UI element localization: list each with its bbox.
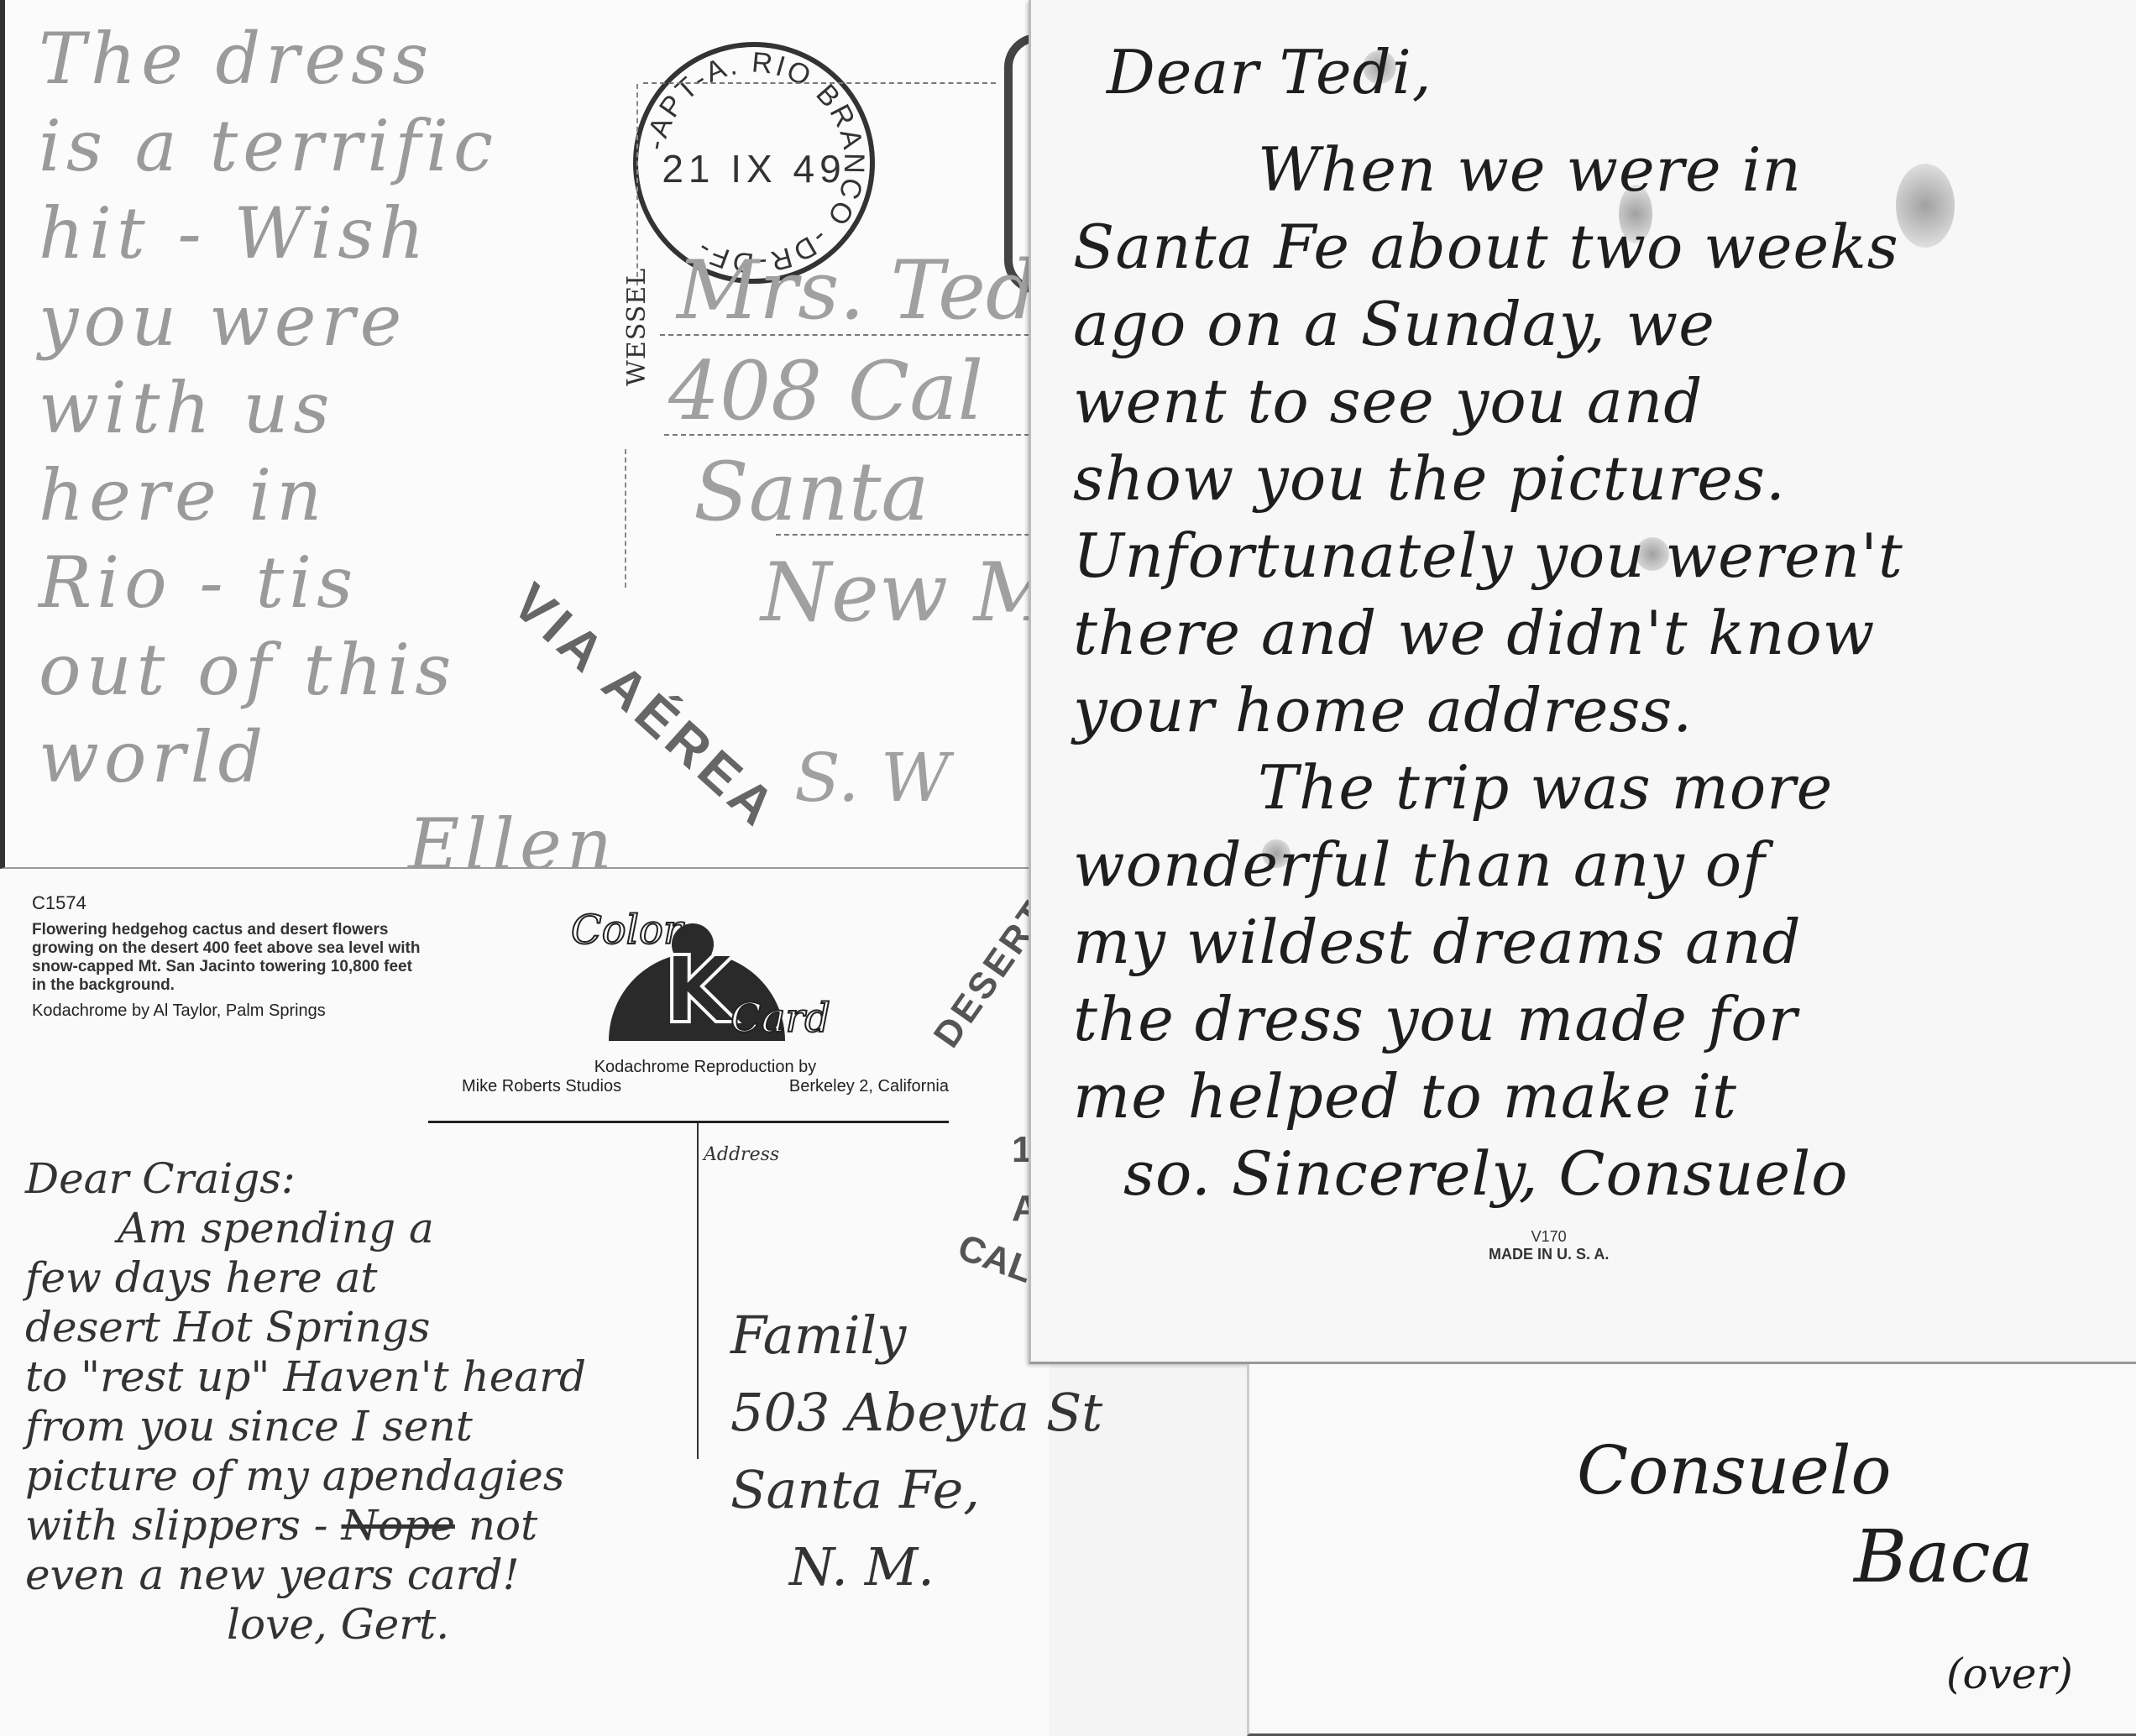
signature-card: Consuelo Baca (over) bbox=[1247, 1364, 2136, 1736]
postmark-line: CAL bbox=[952, 1226, 1038, 1292]
letter-line: there and we didn't know bbox=[1073, 594, 2114, 672]
address-line: New M bbox=[761, 546, 1056, 640]
message-line: picture of my apendagies bbox=[25, 1451, 747, 1501]
message-line: with us bbox=[39, 364, 677, 452]
handwritten-letter: Dear Tedi, When we were in Santa Fe abou… bbox=[1029, 0, 2136, 1364]
letter-line: When we were in bbox=[1073, 131, 2114, 208]
desert-postcard: C1574 Flowering hedgehog cactus and dese… bbox=[0, 869, 1050, 1736]
handwritten-message: Dear Craigs: Am spending a few days here… bbox=[25, 1154, 747, 1650]
message-line: to "rest up" Haven't heard bbox=[25, 1352, 747, 1402]
publisher-studio: Mike Roberts Studios bbox=[462, 1077, 621, 1096]
printer-mark: WESSEL bbox=[622, 268, 652, 386]
address-line: Mrs. Tedd bbox=[677, 243, 1089, 337]
message-line: from you since I sent bbox=[25, 1402, 747, 1451]
logo-word-card: Card bbox=[730, 995, 830, 1042]
message-line: The dress bbox=[39, 15, 677, 102]
message-line: you were bbox=[39, 277, 677, 364]
letter-line: your home address. bbox=[1073, 672, 2114, 749]
publisher-info: Kodachrome Reproduction by Mike Roberts … bbox=[453, 1058, 957, 1096]
photo-caption: C1574 Flowering hedgehog cactus and dese… bbox=[32, 894, 427, 1020]
letter-line: went to see you and bbox=[1073, 363, 2114, 440]
letter-line: my wildest dreams and bbox=[1073, 903, 2114, 980]
pencil-message: The dress is a terrific hit - Wish you w… bbox=[39, 15, 677, 888]
message-line: few days here at bbox=[25, 1253, 747, 1303]
header-divider bbox=[428, 1121, 949, 1123]
letter-closing: so. Sincerely, Consuelo bbox=[1073, 1135, 2114, 1212]
message-line: here in bbox=[39, 452, 677, 539]
message-line: with slippers - Nope not bbox=[25, 1501, 747, 1550]
caption-description: Flowering hedgehog cactus and desert flo… bbox=[32, 921, 427, 995]
colorcard-logo: K Color Card bbox=[563, 902, 814, 1045]
postmark-date: 21 IX 49 bbox=[638, 146, 870, 191]
address-line: Santa bbox=[694, 445, 929, 539]
letter-body: Dear Tedi, When we were in Santa Fe abou… bbox=[1073, 34, 2114, 1212]
paper-mark: V170 MADE IN U. S. A. bbox=[1489, 1228, 1609, 1263]
message-closing: love, Gert. bbox=[25, 1600, 747, 1650]
address-line: Santa Fe, bbox=[730, 1451, 1102, 1529]
message-line: is a terrific bbox=[39, 102, 677, 190]
letter-line: the dress you made for bbox=[1073, 980, 2114, 1058]
photo-credit: Kodachrome by Al Taylor, Palm Springs bbox=[32, 1001, 427, 1020]
signature-last-name: Baca bbox=[1854, 1515, 2034, 1599]
message-line: desert Hot Springs bbox=[25, 1303, 747, 1352]
paper-code: V170 bbox=[1489, 1228, 1609, 1246]
letter-line: wonderful than any of bbox=[1073, 826, 2114, 903]
address-line-divider bbox=[643, 82, 996, 84]
over-note: (over) bbox=[1946, 1650, 2073, 1698]
message-line: world bbox=[39, 714, 677, 801]
stamp-box-divider bbox=[636, 84, 638, 285]
sender-initials: S. W bbox=[794, 739, 950, 817]
message-line: even a new years card! bbox=[25, 1550, 747, 1600]
address-line: N. M. bbox=[730, 1529, 1102, 1606]
logo-word-color: Color bbox=[571, 907, 683, 954]
publisher-line: Kodachrome Reproduction by bbox=[453, 1058, 957, 1077]
card-code: C1574 bbox=[32, 894, 427, 912]
rio-postcard: The dress is a terrific hit - Wish you w… bbox=[0, 0, 1050, 869]
letter-line: ago on a Sunday, we bbox=[1073, 285, 2114, 363]
struck-word: Nope bbox=[341, 1501, 454, 1550]
address-line: 503 Abeyta St bbox=[730, 1374, 1102, 1451]
made-in-usa: MADE IN U. S. A. bbox=[1489, 1246, 1609, 1263]
letter-greeting: Dear Tedi, bbox=[1107, 34, 2114, 111]
letter-line: Unfortunately you weren't bbox=[1073, 517, 2114, 594]
letter-line: show you the pictures. bbox=[1073, 440, 2114, 517]
letter-line: Santa Fe about two weeks bbox=[1073, 208, 2114, 285]
message-greeting: Dear Craigs: bbox=[25, 1154, 747, 1204]
letter-line: me helped to make it bbox=[1073, 1058, 2114, 1135]
address-line: 408 Cal bbox=[668, 344, 983, 438]
message-line: Am spending a bbox=[25, 1204, 747, 1253]
letter-line: The trip was more bbox=[1073, 749, 2114, 826]
panel-divider bbox=[625, 449, 626, 588]
signature-first-name: Consuelo bbox=[1577, 1431, 1892, 1509]
message-line: hit - Wish bbox=[39, 190, 677, 277]
